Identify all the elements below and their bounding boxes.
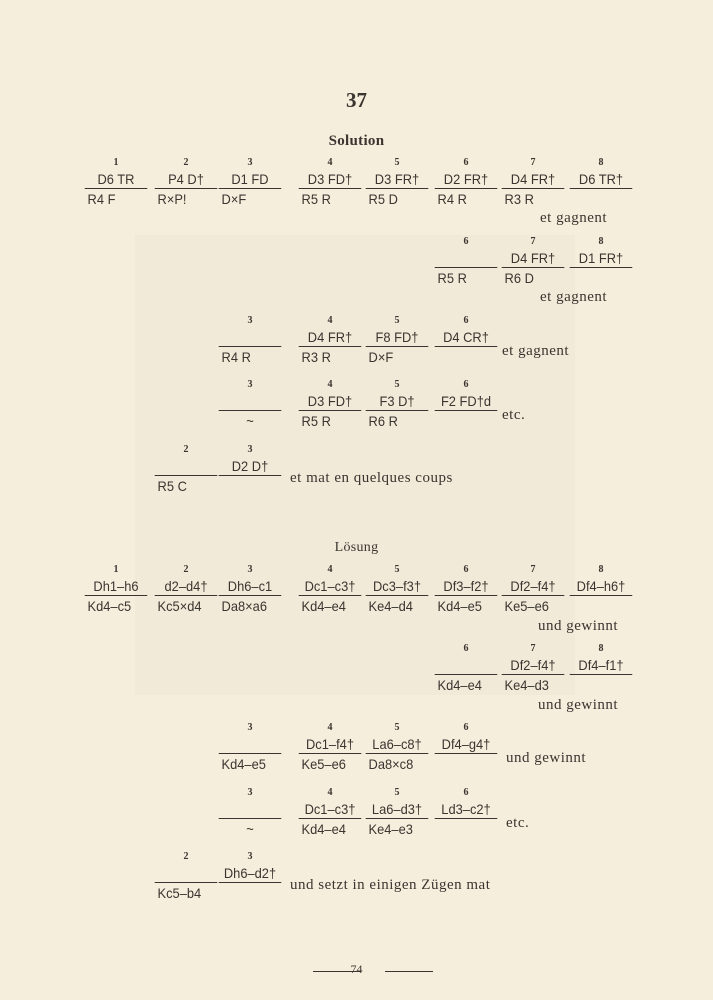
variation-result: et gagnent [502,343,569,360]
move-number: 5 [363,314,431,328]
move-number: 1 [82,156,150,170]
move-number: 5 [363,786,431,800]
black-move [432,347,495,367]
move-number: 8 [567,156,635,170]
white-move [219,392,282,411]
move-pair: 6D2 FR†R4 R [432,156,500,209]
move-number: 7 [499,642,567,656]
move-pair: 5Dc3–f3†Ke4–d4 [363,563,431,616]
white-move: d2–d4† [155,577,218,596]
white-move [219,800,282,819]
black-move: R5 C [152,476,215,496]
white-move: La6–c8† [366,735,429,754]
white-move: D4 FR† [502,170,565,189]
move-pair: 7Df2–f4†Ke4–d3 [499,642,567,695]
white-move: Df4–h6† [570,577,633,596]
white-move: D6 TR† [570,170,633,189]
move-pair: 6Kd4–e4 [432,642,500,695]
black-move [432,411,495,431]
move-number: 6 [432,563,500,577]
black-move: R3 R [296,347,359,367]
move-pair: 2d2–d4†Kc5×d4 [152,563,220,616]
black-move: R×P! [152,189,215,209]
move-number: 3 [216,156,284,170]
page-number: 74 [0,962,713,977]
move-pair: 2R5 C [152,443,220,496]
move-pair: 4Dc1–c3†Kd4–e4 [296,786,364,839]
move-number: 5 [363,563,431,577]
move-pair: 2P4 D†R×P! [152,156,220,209]
white-move: D4 FR† [299,328,362,347]
move-number: 4 [296,378,364,392]
move-number: 3 [216,850,284,864]
white-move: D3 FD† [299,170,362,189]
move-pair: 5D3 FR†R5 D [363,156,431,209]
move-number: 6 [432,156,500,170]
white-move: D3 FD† [299,392,362,411]
white-move: La6–d3† [366,800,429,819]
move-number: 6 [432,721,500,735]
white-move [435,249,498,268]
black-move: Da8×c8 [363,754,426,774]
move-number: 4 [296,314,364,328]
white-move: Dh6–c1 [219,577,282,596]
move-pair: 4D4 FR†R3 R [296,314,364,367]
move-pair: 3Dh6–d2† [216,850,284,903]
move-number: 4 [296,721,364,735]
black-move: Kd4–c5 [82,596,145,616]
move-pair: 3D1 FDD×F [216,156,284,209]
move-number: 5 [363,721,431,735]
white-move: D6 TR [85,170,148,189]
move-number: 3 [216,721,284,735]
black-move: D×F [216,189,279,209]
white-move: P4 D† [155,170,218,189]
move-pair: 7D4 FR†R3 R [499,156,567,209]
move-pair: 8D1 FR† [567,235,635,288]
white-move: F3 D† [366,392,429,411]
black-move: Kd4–e4 [432,675,495,695]
move-pair: 5La6–d3†Ke4–e3 [363,786,431,839]
move-number: 2 [152,156,220,170]
white-move: D4 CR† [435,328,498,347]
problem-number: 37 [0,88,713,113]
black-move: Kd4–e4 [296,819,359,839]
variation-result: et gagnent [540,210,607,227]
black-move: Kd4–e5 [432,596,495,616]
move-pair: 3~ [216,786,284,839]
move-pair: 1D6 TRR4 F [82,156,150,209]
move-number: 5 [363,156,431,170]
white-move: D3 FR† [366,170,429,189]
black-move: Da8×a6 [216,596,279,616]
move-number: 7 [499,156,567,170]
variation-result: und gewinnt [538,697,618,714]
black-move: R4 R [432,189,495,209]
move-pair: 8Df4–f1† [567,642,635,695]
black-move: R5 D [363,189,426,209]
move-number: 7 [499,235,567,249]
black-move: R4 R [216,347,279,367]
white-move: Df4–g4† [435,735,498,754]
variation-result: etc. [502,407,525,424]
black-move: D×F [363,347,426,367]
move-number: 5 [363,378,431,392]
move-number: 6 [432,235,500,249]
variation-result: und gewinnt [538,618,618,635]
move-number: 3 [216,314,284,328]
white-move [155,457,218,476]
variation-result: et mat en quelques coups [290,470,453,487]
black-move: Kc5×d4 [152,596,215,616]
variation-result: et gagnent [540,289,607,306]
white-move: D2 FR† [435,170,498,189]
white-move: Df2–f4† [502,656,565,675]
black-move: Kd4–e4 [296,596,359,616]
white-move: D1 FD [219,170,282,189]
white-move: Df2–f4† [502,577,565,596]
black-move: Ke4–d4 [363,596,426,616]
move-number: 4 [296,786,364,800]
white-move: Dh1–h6 [85,577,148,596]
move-number: 6 [432,378,500,392]
black-move [567,189,630,209]
move-pair: 7Df2–f4†Ke5–e6 [499,563,567,616]
black-move: R6 D [499,268,562,288]
black-move: ~ [219,411,282,431]
white-move [219,735,282,754]
move-number: 4 [296,156,364,170]
black-move: Ke5–e6 [296,754,359,774]
move-pair: 6Df4–g4† [432,721,500,774]
move-number: 1 [82,563,150,577]
move-pair: 3D2 D† [216,443,284,496]
variation-result: etc. [506,815,529,832]
move-pair: 6D4 CR† [432,314,500,367]
black-move: R4 F [82,189,145,209]
white-move: Df3–f2† [435,577,498,596]
move-pair: 1Dh1–h6Kd4–c5 [82,563,150,616]
move-pair: 7D4 FR†R6 D [499,235,567,288]
white-move: Dc1–c3† [299,800,362,819]
move-pair: 5La6–c8†Da8×c8 [363,721,431,774]
move-number: 6 [432,642,500,656]
move-pair: 8Df4–h6† [567,563,635,616]
move-number: 7 [499,563,567,577]
move-number: 3 [216,378,284,392]
move-number: 8 [567,642,635,656]
move-number: 2 [152,563,220,577]
move-pair: 3Dh6–c1Da8×a6 [216,563,284,616]
move-number: 8 [567,235,635,249]
move-pair: 8D6 TR† [567,156,635,209]
move-number: 3 [216,443,284,457]
black-move: R5 R [296,411,359,431]
black-move [567,268,630,288]
move-number: 3 [216,563,284,577]
white-move: Dc1–c3† [299,577,362,596]
white-move: Dc1–f4† [299,735,362,754]
move-pair: 6F2 FD†d [432,378,500,431]
black-move [432,754,495,774]
loesung-heading: Lösung [0,540,713,556]
white-move: D2 D† [219,457,282,476]
move-pair: 5F8 FD†D×F [363,314,431,367]
white-move: D4 FR† [502,249,565,268]
black-move: Ke4–e3 [363,819,426,839]
black-move: R6 R [363,411,426,431]
solution-heading: Solution [0,133,713,150]
move-pair: 5F3 D†R6 R [363,378,431,431]
white-move: Dh6–d2† [219,864,282,883]
move-pair: 4Dc1–f4†Ke5–e6 [296,721,364,774]
white-move: F2 FD†d [435,392,498,411]
black-move [432,819,495,839]
white-move: Df4–f1† [570,656,633,675]
black-move [567,675,630,695]
white-move: Dc3–f3† [366,577,429,596]
move-pair: 4Dc1–c3†Kd4–e4 [296,563,364,616]
black-move: Ke5–e6 [499,596,562,616]
move-pair: 3R4 R [216,314,284,367]
variation-result: und setzt in einigen Zügen mat [290,877,490,894]
white-move: Ld3–c2† [435,800,498,819]
footer-rule-right [385,971,433,972]
white-move: F8 FD† [366,328,429,347]
white-move [219,328,282,347]
move-number: 4 [296,563,364,577]
black-move [567,596,630,616]
move-pair: 4D3 FD†R5 R [296,156,364,209]
white-move [155,864,218,883]
move-number: 6 [432,786,500,800]
black-move [216,476,279,496]
black-move: Kc5–b4 [152,883,215,903]
move-pair: 6Ld3–c2† [432,786,500,839]
black-move: R5 R [296,189,359,209]
move-number: 6 [432,314,500,328]
move-number: 2 [152,443,220,457]
move-number: 2 [152,850,220,864]
move-pair: 6R5 R [432,235,500,288]
move-number: 3 [216,786,284,800]
black-move [216,883,279,903]
move-pair: 3~ [216,378,284,431]
variation-result: und gewinnt [506,750,586,767]
move-number: 8 [567,563,635,577]
black-move: R3 R [499,189,562,209]
move-pair: 4D3 FD†R5 R [296,378,364,431]
move-pair: 6Df3–f2†Kd4–e5 [432,563,500,616]
black-move: Kd4–e5 [216,754,279,774]
white-move: D1 FR† [570,249,633,268]
black-move: Ke4–d3 [499,675,562,695]
black-move: ~ [219,819,282,839]
white-move [435,656,498,675]
black-move: R5 R [432,268,495,288]
move-pair: 2Kc5–b4 [152,850,220,903]
move-pair: 3Kd4–e5 [216,721,284,774]
